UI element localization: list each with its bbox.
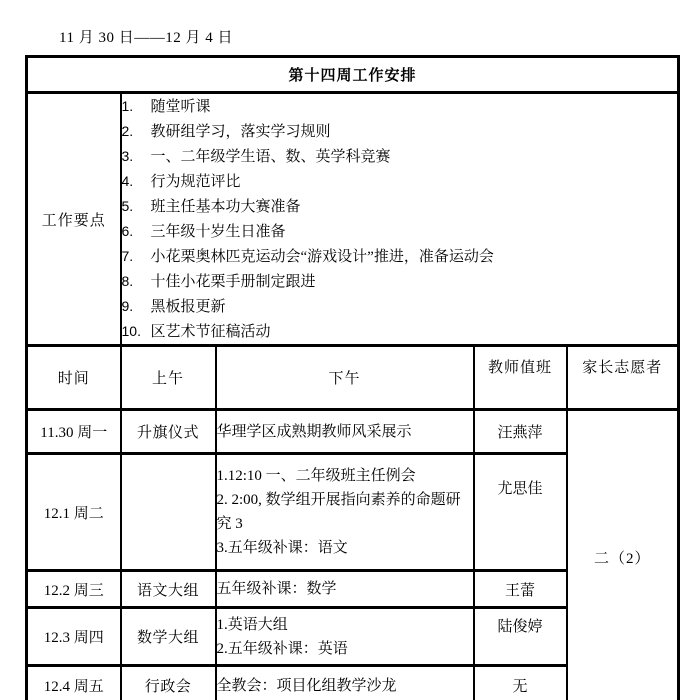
workpoint-number: 8. — [122, 269, 151, 293]
header-time: 时间 — [27, 346, 121, 410]
schedule-row-monday: 11.30 周一 升旗仪式 华理学区成熟期教师风采展示 汪燕萍 二（2） — [27, 410, 679, 454]
morning-cell: 行政会 — [121, 666, 216, 700]
workpoint-text: 小花栗奥林匹克运动会“游戏设计”推进，准备运动会 — [151, 249, 494, 265]
workpoint-text: 行为规范评比 — [151, 174, 241, 190]
workpoint-item: 6.三年级十岁生日准备 — [122, 219, 678, 244]
workpoint-number: 9. — [122, 294, 151, 318]
afternoon-cell: 1.12:10 一、二年级班主任例会 2. 2:00, 数学组开展指向素养的命题… — [216, 454, 474, 571]
workpoint-number: 2. — [122, 119, 151, 143]
workpoint-item: 9.黑板报更新 — [122, 294, 678, 319]
table-title-row: 第十四周工作安排 — [27, 57, 679, 93]
time-cell: 12.3 周四 — [27, 608, 121, 666]
afternoon-line: 五年级补课：数学 — [217, 577, 473, 601]
workpoint-item: 2.教研组学习，落实学习规则 — [122, 119, 678, 144]
workpoint-text: 十佳小花栗手册制定跟进 — [151, 274, 316, 290]
workpoint-text: 区艺术节征稿活动 — [151, 324, 271, 340]
workpoint-number: 5. — [122, 194, 151, 218]
duty-cell: 汪燕萍 — [474, 410, 567, 454]
workpoint-text: 班主任基本功大赛准备 — [151, 199, 301, 215]
workpoints-label: 工作要点 — [27, 93, 121, 346]
workpoint-number: 10. — [122, 319, 151, 343]
time-cell: 12.4 周五 — [27, 666, 121, 700]
time-cell: 12.2 周三 — [27, 571, 121, 608]
morning-cell: 数学大组 — [121, 608, 216, 666]
duty-cell: 王蕾 — [474, 571, 567, 608]
date-range-label: 11 月 30 日——12 月 4 日 — [59, 26, 233, 47]
afternoon-line: 华理学区成熟期教师风采展示 — [217, 420, 473, 444]
header-afternoon: 下午 — [216, 346, 474, 410]
workpoint-item: 7.小花栗奥林匹克运动会“游戏设计”推进，准备运动会 — [122, 244, 678, 269]
afternoon-line: 1.12:10 一、二年级班主任例会 — [217, 464, 473, 488]
afternoon-cell: 华理学区成熟期教师风采展示 — [216, 410, 474, 454]
workpoint-number: 1. — [122, 94, 151, 118]
afternoon-cell: 1.英语大组 2.五年级补课：英语 — [216, 608, 474, 666]
workpoint-item: 8.十佳小花栗手册制定跟进 — [122, 269, 678, 294]
header-morning: 上午 — [121, 346, 216, 410]
duty-cell: 陆俊婷 — [474, 608, 567, 666]
header-duty: 教师值班 — [474, 346, 567, 410]
workpoint-number: 3. — [122, 144, 151, 168]
workpoint-item: 5.班主任基本功大赛准备 — [122, 194, 678, 219]
morning-cell — [121, 454, 216, 571]
duty-cell: 尤思佳 — [474, 454, 567, 571]
document-page: 11 月 30 日——12 月 4 日 第十四周工作安排 工作要点 1.随堂听课… — [0, 0, 700, 700]
morning-cell: 升旗仪式 — [121, 410, 216, 454]
afternoon-line: 3.五年级补课：语文 — [217, 536, 473, 560]
afternoon-line: 2.五年级补课：英语 — [217, 637, 473, 661]
time-cell: 12.1 周二 — [27, 454, 121, 571]
workpoint-number: 6. — [122, 219, 151, 243]
morning-cell: 语文大组 — [121, 571, 216, 608]
workpoints-row: 工作要点 1.随堂听课 2.教研组学习，落实学习规则 3.一、二年级学生语、数、… — [27, 93, 679, 346]
afternoon-line: 全教会：项目化组教学沙龙 — [217, 674, 473, 698]
workpoint-text: 一、二年级学生语、数、英学科竞赛 — [151, 149, 391, 165]
workpoint-item: 1.随堂听课 — [122, 94, 678, 119]
workpoint-number: 7. — [122, 244, 151, 268]
workpoint-item: 3.一、二年级学生语、数、英学科竞赛 — [122, 144, 678, 169]
volunteer-cell: 二（2） — [567, 410, 679, 700]
workpoint-text: 黑板报更新 — [151, 299, 226, 315]
workpoint-text: 随堂听课 — [151, 99, 211, 115]
afternoon-line: 1.英语大组 — [217, 613, 473, 637]
afternoon-line: 2. 2:00, 数学组开展指向素养的命题研究 3 — [217, 488, 473, 536]
header-volunteer: 家长志愿者 — [567, 346, 679, 410]
weekly-schedule-table: 第十四周工作安排 工作要点 1.随堂听课 2.教研组学习，落实学习规则 3.一、… — [25, 55, 680, 700]
time-cell: 11.30 周一 — [27, 410, 121, 454]
workpoint-text: 三年级十岁生日准备 — [151, 224, 286, 240]
afternoon-cell: 五年级补课：数学 — [216, 571, 474, 608]
workpoint-number: 4. — [122, 169, 151, 193]
column-header-row: 时间 上午 下午 教师值班 家长志愿者 — [27, 346, 679, 410]
workpoint-item: 10.区艺术节征稿活动 — [122, 319, 678, 344]
table-title: 第十四周工作安排 — [27, 57, 679, 93]
afternoon-cell: 全教会：项目化组教学沙龙 — [216, 666, 474, 700]
duty-cell: 无 — [474, 666, 567, 700]
workpoints-list: 1.随堂听课 2.教研组学习，落实学习规则 3.一、二年级学生语、数、英学科竞赛… — [121, 93, 679, 346]
workpoint-text: 教研组学习，落实学习规则 — [151, 124, 331, 140]
workpoint-item: 4.行为规范评比 — [122, 169, 678, 194]
